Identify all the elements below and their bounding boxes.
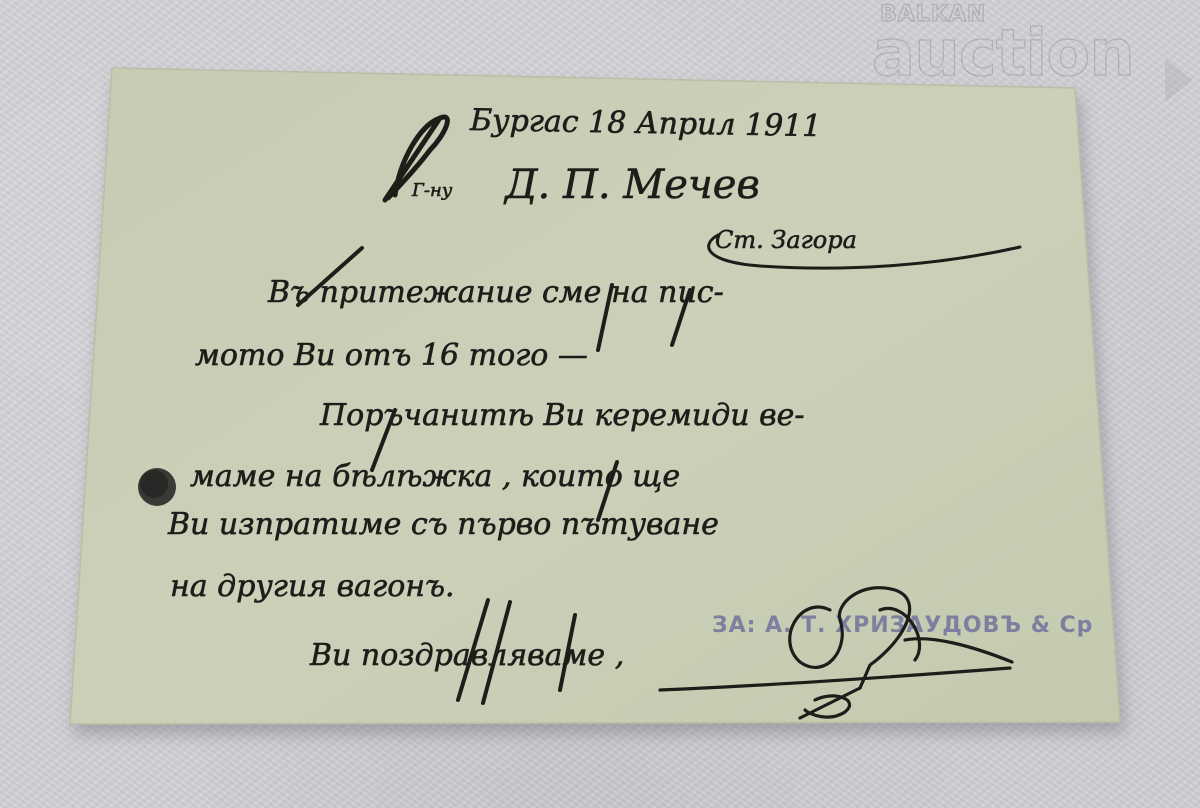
body-line-2: мото Ви отъ 16 того — bbox=[195, 338, 588, 373]
body-line-1: Въ притежание сме на пис- bbox=[267, 275, 724, 310]
postcard: Бургас 18 Април 1911 Г-ну Д. П. Мечев Ст… bbox=[0, 0, 1200, 808]
body-line-5: Ви изпратимe съ първо пътуване bbox=[167, 507, 719, 542]
addressee-city: Ст. Загора bbox=[715, 226, 857, 254]
salutation: Г-ну bbox=[411, 180, 453, 201]
body-line-6: на другия вагонъ. bbox=[170, 569, 455, 604]
company-stamp: ЗА: А. Т. ХРИЗАУДОВЪ & Ср bbox=[712, 613, 1093, 638]
place-date: Бургас 18 Април 1911 bbox=[469, 103, 822, 144]
addressee-name: Д. П. Мечев bbox=[503, 162, 760, 208]
